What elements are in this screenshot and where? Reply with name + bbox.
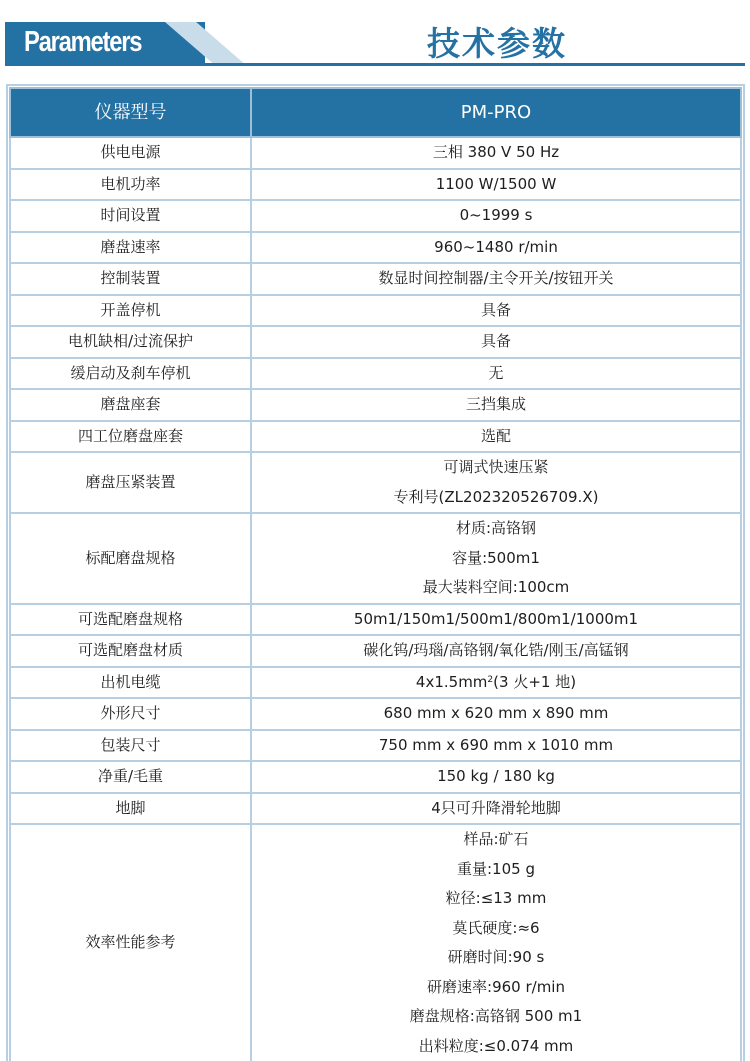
- value-line: 无: [252, 359, 740, 389]
- row-value: 三相 380 V 50 Hz: [251, 137, 741, 169]
- table-row-four-station-holder: 四工位磨盘座套 选配: [10, 421, 741, 453]
- row-value: 1100 W/1500 W: [251, 169, 741, 201]
- section-title-en: Parameters: [24, 26, 141, 59]
- value-line: 三挡集成: [252, 390, 740, 420]
- value-line: 680 mm x 620 mm x 890 mm: [252, 699, 740, 729]
- row-value: 材质:高铬钢 容量:500m1 最大装料空间:100cm: [251, 513, 741, 604]
- value-line: 磨盘规格:高铬钢 500 m1: [252, 1002, 740, 1032]
- table-row-performance-reference: 效率性能参考 样品:矿石 重量:105 g 粒径:≤13 mm 莫氏硬度:≈6 …: [10, 824, 741, 1061]
- section-title-cn: 技术参数: [427, 18, 567, 65]
- row-label: 缓启动及刹车停机: [10, 358, 251, 390]
- row-value: 680 mm x 620 mm x 890 mm: [251, 698, 741, 730]
- value-line: 1100 W/1500 W: [252, 170, 740, 200]
- value-line: 0~1999 s: [252, 201, 740, 231]
- value-line: 研磨速率:960 r/min: [252, 973, 740, 1003]
- table-row-standard-disc: 标配磨盘规格 材质:高铬钢 容量:500m1 最大装料空间:100cm: [10, 513, 741, 604]
- row-value: 数显时间控制器/主令开关/按钮开关: [251, 263, 741, 295]
- value-line: 4x1.5mm2(3 火+1 地): [252, 668, 740, 698]
- row-label: 电机缺相/过流保护: [10, 326, 251, 358]
- row-value: 无: [251, 358, 741, 390]
- header-label: 仪器型号: [10, 88, 251, 137]
- table-row-optional-disc-size: 可选配磨盘规格 50m1/150m1/500m1/800m1/1000m1: [10, 604, 741, 636]
- value-line: 960~1480 r/min: [252, 233, 740, 263]
- table-row-motor-protection: 电机缺相/过流保护 具备: [10, 326, 741, 358]
- row-value: 4x1.5mm2(3 火+1 地): [251, 667, 741, 699]
- value-line: 重量:105 g: [252, 855, 740, 885]
- row-label: 开盖停机: [10, 295, 251, 327]
- cable-spec: 4x1.5mm: [416, 673, 488, 691]
- value-line: 具备: [252, 296, 740, 326]
- table-row-time-setting: 时间设置 0~1999 s: [10, 200, 741, 232]
- row-value: 4只可升降滑轮地脚: [251, 793, 741, 825]
- row-label: 磨盘座套: [10, 389, 251, 421]
- row-value: 具备: [251, 326, 741, 358]
- value-line: 样品:矿石: [252, 825, 740, 855]
- table-row-disc-holder: 磨盘座套 三挡集成: [10, 389, 741, 421]
- value-line: 三相 380 V 50 Hz: [252, 138, 740, 168]
- parameters-table: 仪器型号 PM-PRO 供电电源 三相 380 V 50 Hz 电机功率 110…: [6, 84, 745, 1061]
- value-line: 粒径:≤13 mm: [252, 884, 740, 914]
- section-banner: Parameters 技术参数: [0, 0, 750, 70]
- value-line: 数显时间控制器/主令开关/按钮开关: [252, 264, 740, 294]
- row-value: 三挡集成: [251, 389, 741, 421]
- table-row-package-size: 包装尺寸 750 mm x 690 mm x 1010 mm: [10, 730, 741, 762]
- row-value: 960~1480 r/min: [251, 232, 741, 264]
- value-line: 150 kg / 180 kg: [252, 762, 740, 792]
- table-row-control-device: 控制装置 数显时间控制器/主令开关/按钮开关: [10, 263, 741, 295]
- table-row-clamping-device: 磨盘压紧装置 可调式快速压紧 专利号(ZL202320526709.X): [10, 452, 741, 513]
- value-line: 莫氏硬度:≈6: [252, 914, 740, 944]
- value-line: 研磨时间:90 s: [252, 943, 740, 973]
- row-label: 四工位磨盘座套: [10, 421, 251, 453]
- table-row-power-supply: 供电电源 三相 380 V 50 Hz: [10, 137, 741, 169]
- value-line: 具备: [252, 327, 740, 357]
- row-label: 可选配磨盘规格: [10, 604, 251, 636]
- row-label: 外形尺寸: [10, 698, 251, 730]
- value-line: 750 mm x 690 mm x 1010 mm: [252, 731, 740, 761]
- row-label: 控制装置: [10, 263, 251, 295]
- table-row-soft-start-brake: 缓启动及刹车停机 无: [10, 358, 741, 390]
- value-line: 出料粒度:≤0.074 mm: [252, 1032, 740, 1061]
- row-label: 电机功率: [10, 169, 251, 201]
- row-label: 标配磨盘规格: [10, 513, 251, 604]
- row-value: 样品:矿石 重量:105 g 粒径:≤13 mm 莫氏硬度:≈6 研磨时间:90…: [251, 824, 741, 1061]
- row-label: 包装尺寸: [10, 730, 251, 762]
- row-value: 碳化钨/玛瑙/高铬钢/氧化锆/刚玉/高锰钢: [251, 635, 741, 667]
- row-label: 净重/毛重: [10, 761, 251, 793]
- value-line: 专利号(ZL202320526709.X): [252, 483, 740, 513]
- table-header-row: 仪器型号 PM-PRO: [10, 88, 741, 137]
- row-value: 0~1999 s: [251, 200, 741, 232]
- table-row-dimensions: 外形尺寸 680 mm x 620 mm x 890 mm: [10, 698, 741, 730]
- row-label: 供电电源: [10, 137, 251, 169]
- value-line: 选配: [252, 422, 740, 452]
- value-line: 容量:500m1: [252, 544, 740, 574]
- value-line: 碳化钨/玛瑙/高铬钢/氧化锆/刚玉/高锰钢: [252, 636, 740, 666]
- value-line: 材质:高铬钢: [252, 514, 740, 544]
- value-line: 4只可升降滑轮地脚: [252, 794, 740, 824]
- value-line: 最大装料空间:100cm: [252, 573, 740, 603]
- table-row-disc-speed: 磨盘速率 960~1480 r/min: [10, 232, 741, 264]
- row-value: 150 kg / 180 kg: [251, 761, 741, 793]
- row-value: 50m1/150m1/500m1/800m1/1000m1: [251, 604, 741, 636]
- table-row-feet: 地脚 4只可升降滑轮地脚: [10, 793, 741, 825]
- header-model-value: PM-PRO: [251, 88, 741, 137]
- table-row-weight: 净重/毛重 150 kg / 180 kg: [10, 761, 741, 793]
- value-line: 50m1/150m1/500m1/800m1/1000m1: [252, 605, 740, 635]
- cable-suffix: (3 火+1 地): [493, 673, 576, 691]
- row-label: 时间设置: [10, 200, 251, 232]
- row-label: 磨盘压紧装置: [10, 452, 251, 513]
- table-row-motor-power: 电机功率 1100 W/1500 W: [10, 169, 741, 201]
- table-row-lid-stop: 开盖停机 具备: [10, 295, 741, 327]
- table-row-optional-disc-material: 可选配磨盘材质 碳化钨/玛瑙/高铬钢/氧化锆/刚玉/高锰钢: [10, 635, 741, 667]
- row-value: 750 mm x 690 mm x 1010 mm: [251, 730, 741, 762]
- row-value: 选配: [251, 421, 741, 453]
- row-value: 可调式快速压紧 专利号(ZL202320526709.X): [251, 452, 741, 513]
- row-label: 磨盘速率: [10, 232, 251, 264]
- value-line: 可调式快速压紧: [252, 453, 740, 483]
- row-label: 可选配磨盘材质: [10, 635, 251, 667]
- row-label: 地脚: [10, 793, 251, 825]
- row-label: 效率性能参考: [10, 824, 251, 1061]
- row-label: 出机电缆: [10, 667, 251, 699]
- table-row-cable: 出机电缆 4x1.5mm2(3 火+1 地): [10, 667, 741, 699]
- banner-underline: [5, 63, 745, 66]
- row-value: 具备: [251, 295, 741, 327]
